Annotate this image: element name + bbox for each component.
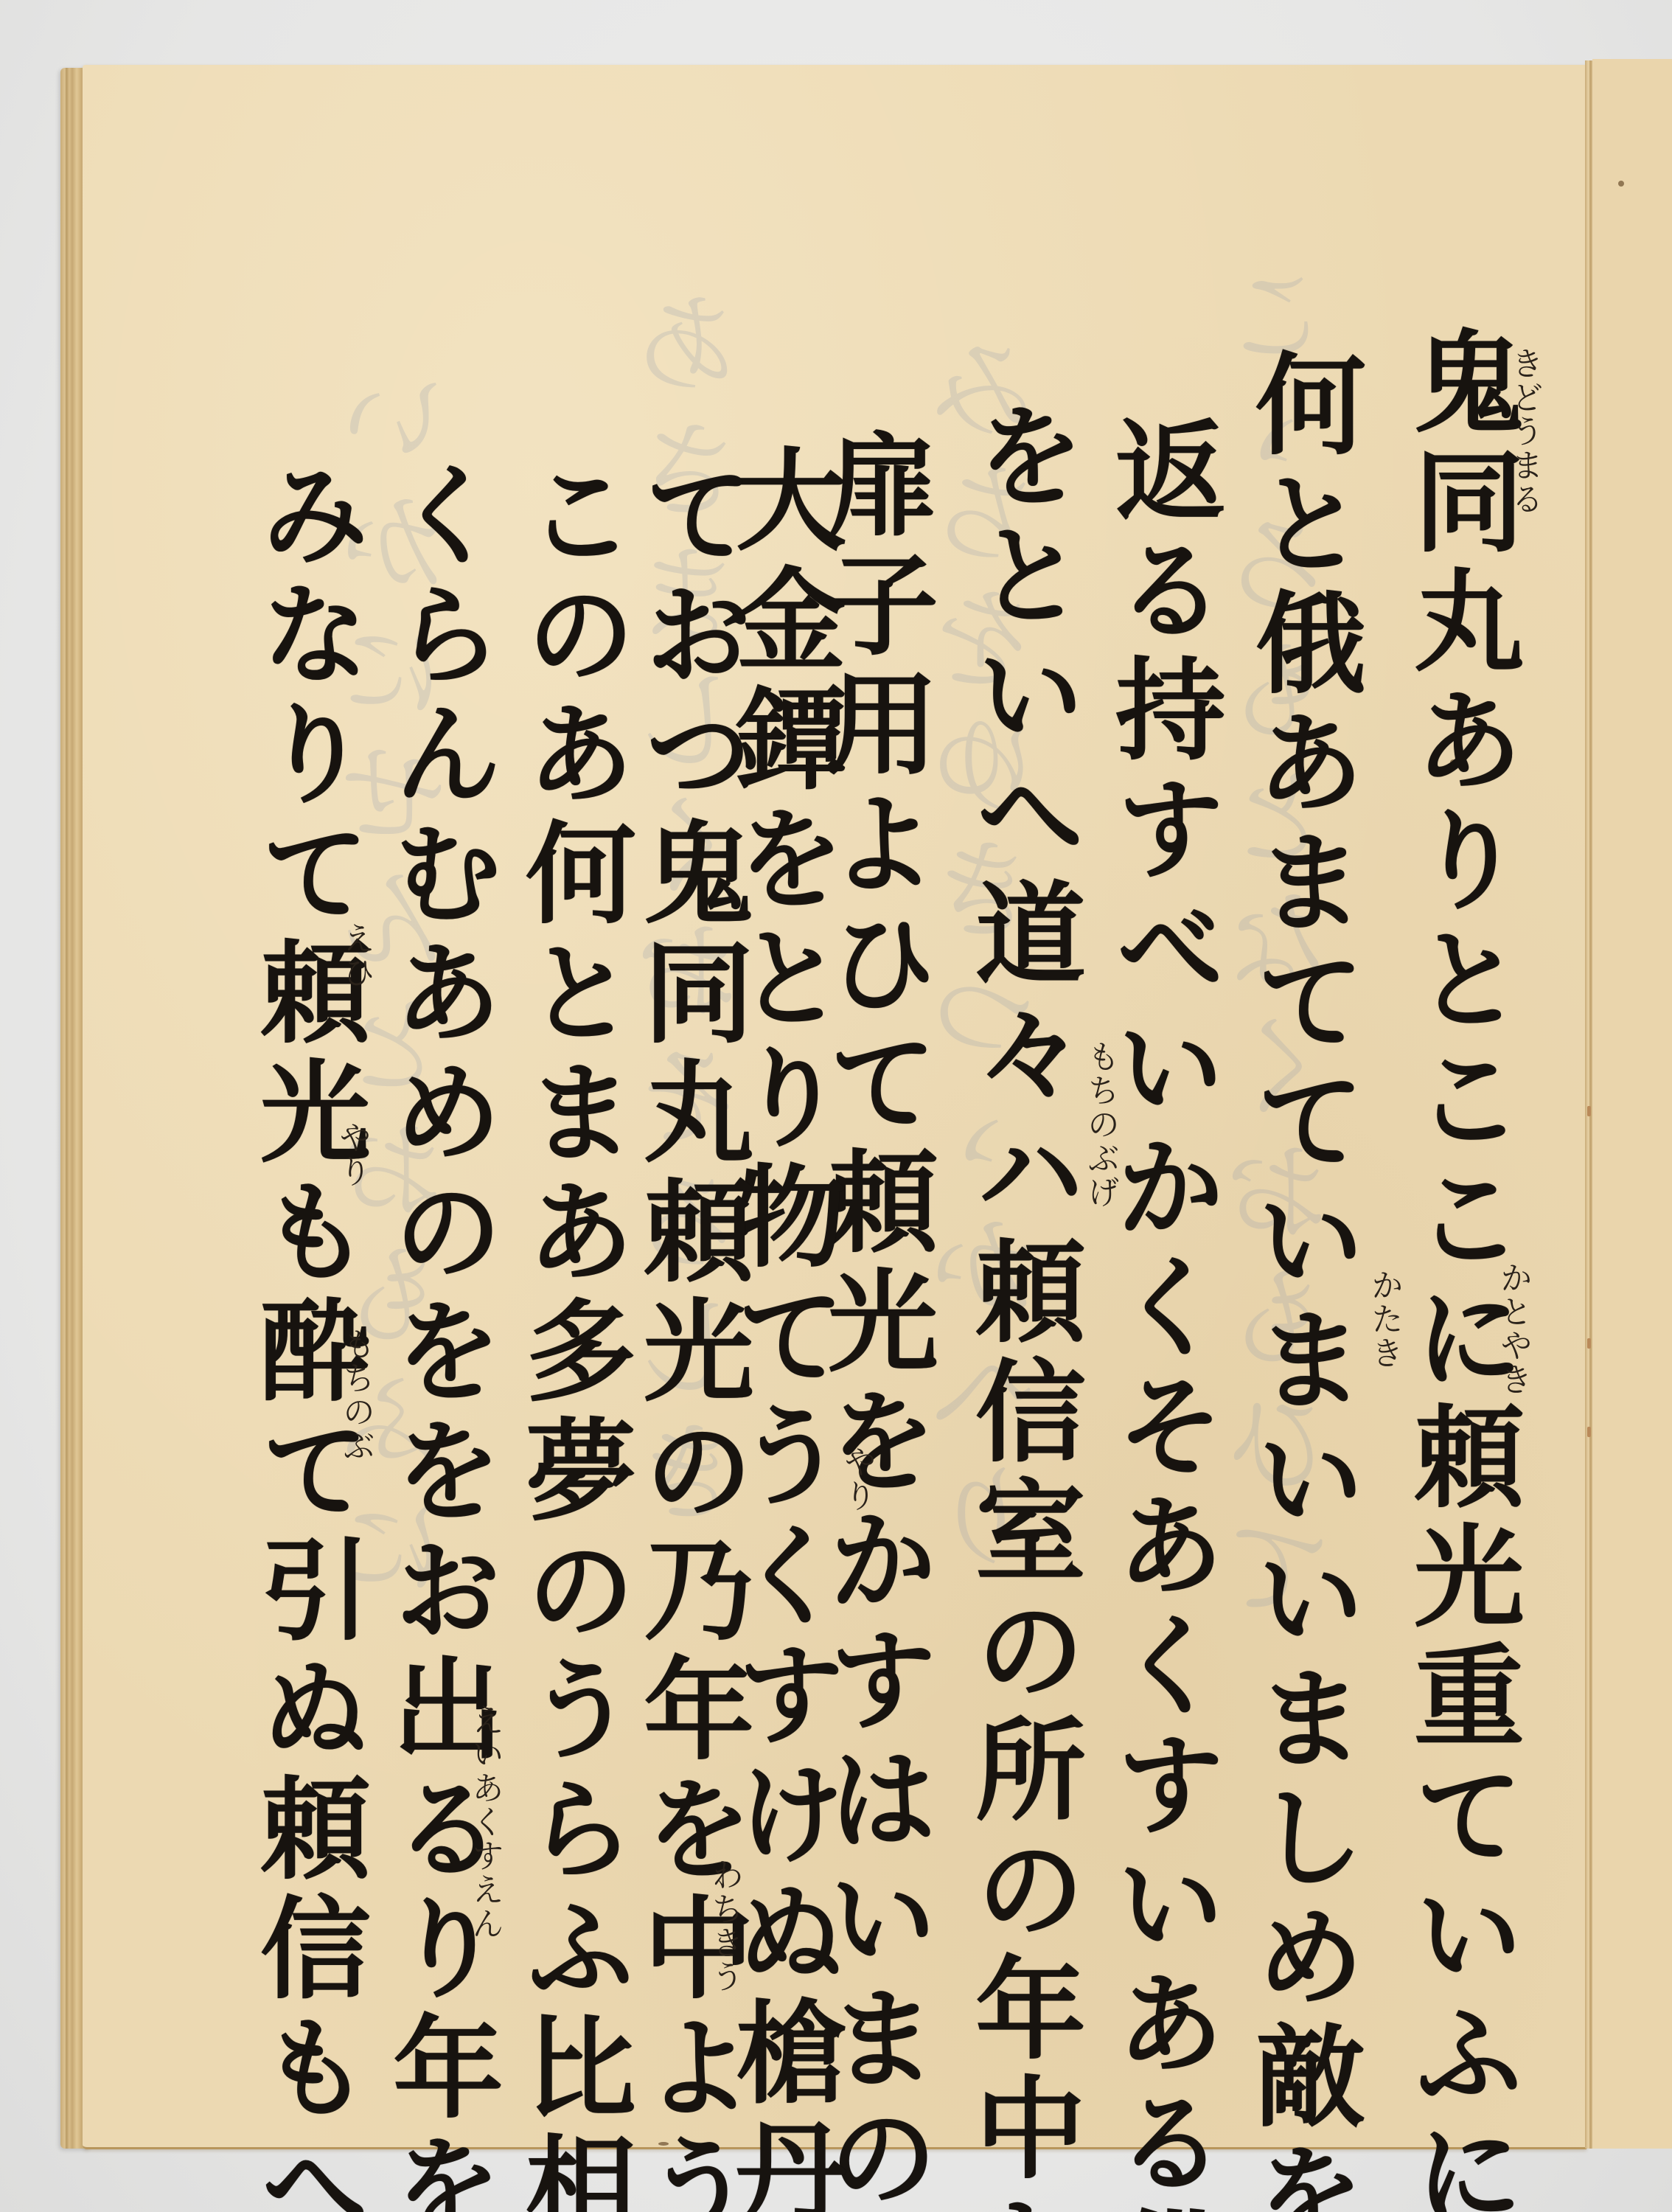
furigana-eiakusuen: えいあくすえん [468, 1703, 501, 1941]
furigana-kidomaru: きどうまる [1508, 347, 1540, 516]
furigana-kataki: かたき [1368, 1268, 1400, 1370]
facing-page-edge [1592, 59, 1672, 2149]
furigana-ehi: えひ [339, 922, 372, 990]
binding-hole [1587, 1427, 1591, 1437]
furigana-mochinobu: もちのぶ [339, 1327, 372, 1463]
furigana-yari: やり [840, 1445, 873, 1513]
text-column-7: ておつ鬼同丸頼光の乃年を中ようる居 [634, 457, 745, 2079]
text-column-3: 返る持すべいかくそあくすいある備し手持 [1106, 413, 1216, 2072]
text-column-1: 鬼同丸ありとここに頼光重ていふに鬼同丸 [1404, 324, 1515, 2050]
text-column-4: をといへ道々ハ頼信室の所の年中かなるとて [966, 398, 1076, 2065]
binding-hole [1587, 1106, 1591, 1116]
binding-hole [1587, 1338, 1591, 1349]
furigana-katoyaki: かとやき [1497, 1261, 1529, 1397]
text-column-2: 何と俄あまてていまいいましめ敵をうつそととし [1246, 347, 1356, 2072]
paper-speck [1618, 181, 1624, 187]
furigana-wachikiu: わちきう [708, 1858, 740, 1994]
furigana-yari-2: やり [335, 1121, 368, 1189]
furigana-mochinobuge: もちのぶげ [1084, 1040, 1116, 1209]
text-column-8: このあ何とまあ多夢のうらふ比相伸んむ [516, 457, 627, 2079]
text-column-10: みなりて頼光も酔て引ぬ頼信もへみ年を [251, 457, 361, 2079]
